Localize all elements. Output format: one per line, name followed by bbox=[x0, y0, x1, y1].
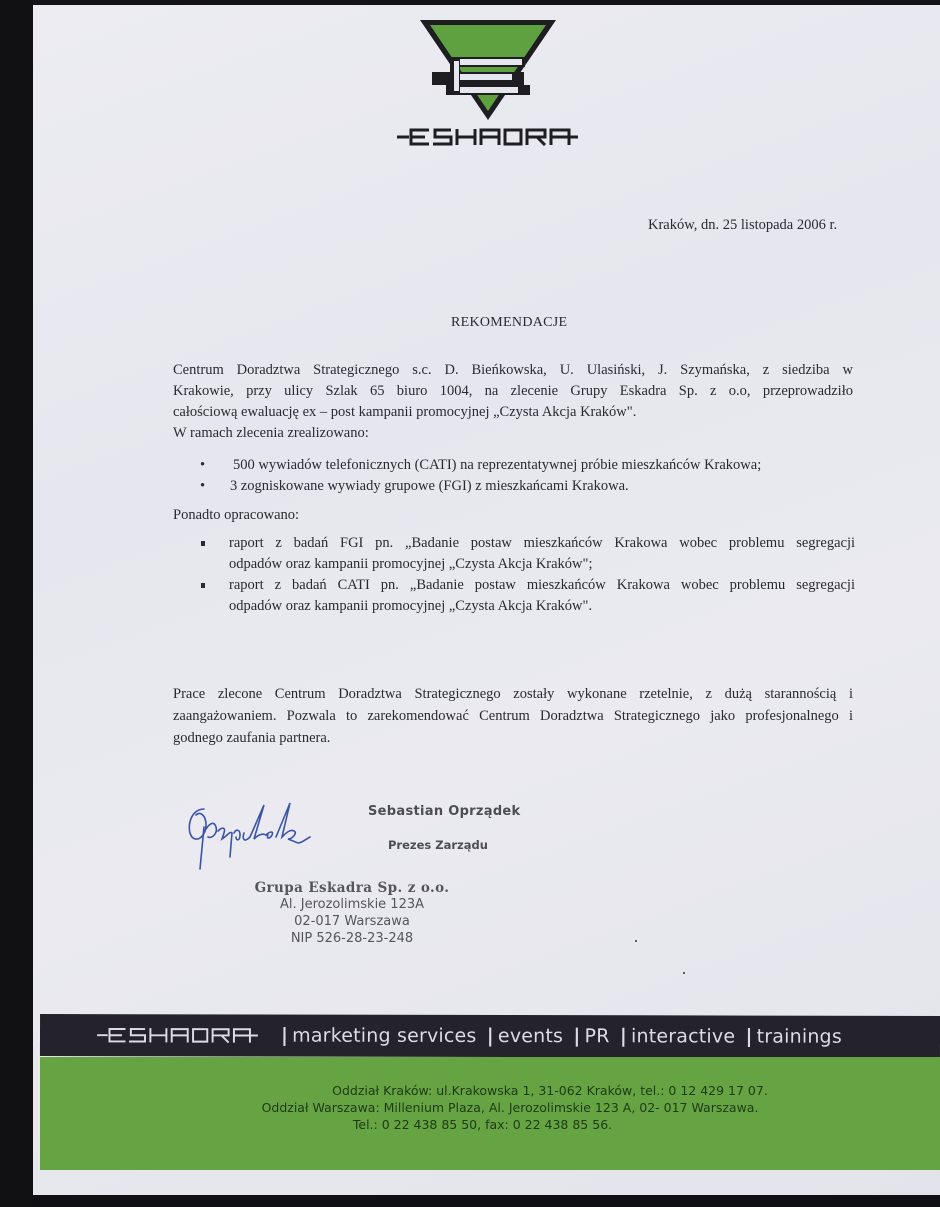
footer-services-bar: |marketing services |events |PR |interac… bbox=[40, 1014, 940, 1058]
reports-list: raport z badań FGI pn. „Badanie postaw m… bbox=[200, 533, 855, 617]
closing-paragraph: Prace zlecone Centrum Doradztwa Strategi… bbox=[173, 683, 853, 749]
service-marketing: marketing services bbox=[292, 1025, 476, 1047]
report-line: raport z badań CATI pn. „Badanie postaw … bbox=[229, 575, 855, 596]
closing-line: godnego zaufania partnera. bbox=[173, 727, 853, 749]
eskadra-wordmark-icon bbox=[90, 1027, 265, 1043]
separator: | bbox=[620, 1025, 627, 1047]
signer-name: Sebastian Oprządek bbox=[368, 804, 521, 819]
service-trainings: trainings bbox=[757, 1026, 842, 1048]
scan-speck bbox=[683, 972, 685, 974]
letter-date: Kraków, dn. 25 listopada 2006 r. bbox=[648, 217, 837, 234]
intro-line: W ramach zlecenia zrealizowano: bbox=[173, 423, 853, 444]
letter-heading: REKOMENDACJE bbox=[451, 315, 567, 331]
contact-krakow: Oddział Kraków: ul.Krakowska 1, 31-062 K… bbox=[160, 1082, 940, 1099]
separator: | bbox=[573, 1025, 580, 1047]
service-interactive: interactive bbox=[631, 1025, 735, 1047]
closing-line: zaangażowaniem. Pozwala to zarekomendowa… bbox=[173, 705, 853, 727]
scan-bottom-edge bbox=[33, 1195, 940, 1207]
intro-line: całościową ewaluację ex – post kampanii … bbox=[173, 402, 853, 423]
scan-speck bbox=[635, 940, 637, 942]
closing-line: Prace zlecone Centrum Doradztwa Strategi… bbox=[173, 683, 853, 705]
additional-label: Ponadto opracowano: bbox=[173, 507, 299, 524]
company-address-line: Al. Jerozolimskie 123A bbox=[252, 896, 452, 913]
contact-phone-fax: Tel.: 0 22 438 85 50, fax: 0 22 438 85 5… bbox=[25, 1116, 940, 1133]
intro-line: Krakowie, przy ulicy Szlak 65 biuro 1004… bbox=[173, 381, 853, 402]
eskadra-wordmark-icon bbox=[395, 128, 580, 146]
company-name: Grupa Eskadra Sp. z o.o. bbox=[252, 880, 452, 896]
separator: | bbox=[281, 1025, 288, 1047]
intro-line: Centrum Doradztwa Strategicznego s.c. D.… bbox=[173, 360, 853, 381]
separator: | bbox=[745, 1026, 752, 1048]
footer-contact-panel: Oddział Kraków: ul.Krakowska 1, 31-062 K… bbox=[40, 1057, 940, 1170]
report-item: raport z badań CATI pn. „Badanie postaw … bbox=[200, 575, 855, 617]
services-list: |marketing services |events |PR |interac… bbox=[277, 1025, 842, 1048]
separator: | bbox=[487, 1025, 494, 1047]
service-pr: PR bbox=[585, 1025, 610, 1047]
company-address-line: 02-017 Warszawa bbox=[252, 913, 452, 930]
intro-paragraph: Centrum Doradztwa Strategicznego s.c. D.… bbox=[173, 360, 853, 444]
report-line: odpadów oraz kampanii promocyjnej „Czyst… bbox=[229, 554, 855, 575]
realized-list: 500 wywiadów telefonicznych (CATI) na re… bbox=[200, 455, 840, 497]
contact-warszawa: Oddział Warszawa: Millenium Plaza, Al. J… bbox=[80, 1099, 940, 1116]
handwritten-signature-icon bbox=[182, 797, 322, 872]
realized-item: 500 wywiadów telefonicznych (CATI) na re… bbox=[200, 455, 840, 476]
eskadra-triangle-logo-icon bbox=[418, 17, 558, 122]
realized-item: 3 zogniskowane wywiady grupowe (FGI) z m… bbox=[200, 476, 840, 497]
report-line: raport z badań FGI pn. „Badanie postaw m… bbox=[229, 533, 855, 554]
report-item: raport z badań FGI pn. „Badanie postaw m… bbox=[200, 533, 855, 575]
report-line: odpadów oraz kampanii promocyjnej „Czyst… bbox=[229, 596, 855, 617]
company-address-line: NIP 526-28-23-248 bbox=[252, 930, 452, 947]
signer-role: Prezes Zarządu bbox=[388, 838, 488, 852]
contact-block: Oddział Kraków: ul.Krakowska 1, 31-062 K… bbox=[40, 1082, 940, 1133]
company-stamp: Grupa Eskadra Sp. z o.o. Al. Jerozolimsk… bbox=[252, 880, 452, 947]
service-events: events bbox=[498, 1025, 563, 1047]
